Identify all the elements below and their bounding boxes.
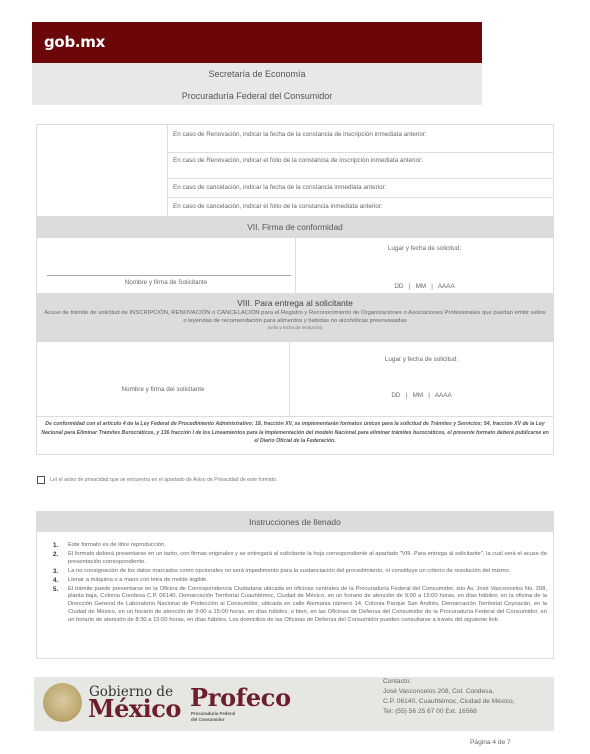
section-viii-note: (sello y fecha de recepción) [37,325,553,330]
renewal-folio-label: En caso de Renovación, indicar el folio … [173,157,423,164]
profeco-sub-line1: Procuraduría Federal [191,711,235,717]
section-viii-receipt: VIII. Para entrega al solicitante Acuse … [36,293,554,455]
instructions-list: 1.Este formato es de libre reproducción.… [53,542,547,626]
instruction-number: 1. [53,542,68,550]
signature-box[interactable]: Nombre y firma de Solicitante [37,238,296,294]
instruction-item: 4.Llenar a máquina o a mano con letra de… [53,577,547,585]
renewal-folio-row[interactable]: En caso de Renovación, indicar el folio … [168,153,553,179]
privacy-consent[interactable]: Leí el aviso de privacidad que se encuen… [37,474,277,486]
instruction-item: 5.El trámite puede presentarse en la Ofi… [53,586,547,626]
renewal-table: En caso de Renovación, indicar la fecha … [36,124,554,217]
instruction-text: Llenar a máquina o a mano con letra de m… [68,577,208,585]
gobmx-header: gob.mx [32,22,482,63]
instruction-number: 5. [53,586,68,626]
instruction-text: El trámite puede presentarse en la Ofici… [68,586,547,626]
place-date-label: Lugar y fecha de solicitud: [296,245,553,252]
mexico-seal-icon [43,683,82,722]
profeco-logo: Profeco [190,683,291,712]
instruction-number: 2. [53,551,68,567]
contact-address: José Vasconcelos 208, Col. Condesa, [383,687,514,697]
agency-secretaria: Secretaría de Economía [32,69,482,79]
instruction-item: 3.La no consignación de los datos marcad… [53,568,547,576]
renewal-date-label: En caso de Renovación, indicar la fecha … [173,131,427,138]
receipt-place-date-box[interactable]: Lugar y fecha de solicitud: DD | MM | AA… [290,342,553,416]
instruction-text: Este formato es de libre reproducción. [68,542,166,550]
profeco-subtitle: Procuraduría Federal del Consumidor [191,711,235,722]
place-date-box[interactable]: Lugar y fecha de solicitud: DD | MM | AA… [296,238,553,294]
receipt-signature-box[interactable]: Nombre y firma del solicitante [37,342,290,416]
instruction-text: El formato deberá presentarse en un tant… [68,551,547,567]
instructions-title: Instrucciones de llenado [37,512,553,532]
profeco-sub-line2: del Consumidor [191,717,235,723]
instruction-number: 4. [53,577,68,585]
receipt-place-date-label: Lugar y fecha de solicitud: [290,356,553,363]
section-viii-title: VIII. Para entrega al solicitante [37,294,553,308]
instruction-item: 1.Este formato es de libre reproducción. [53,542,547,550]
receipt-date-format: DD | MM | AAAA [290,392,553,399]
agency-header: Secretaría de Economía Procuraduría Fede… [32,63,482,105]
cancel-date-row[interactable]: En caso de cancelación, indicar la fecha… [168,179,553,198]
signature-label: Nombre y firma de Solicitante [37,279,295,286]
instructions-section: Instrucciones de llenado 1.Este formato … [36,511,554,659]
section-viii-header: VIII. Para entrega al solicitante Acuse … [37,294,553,342]
gobmx-logo[interactable]: gob.mx [44,33,105,51]
contact-city: C.P. 06140, Cuauhtémoc, Ciudad de México… [383,697,514,707]
cancel-folio-label: En caso de cancelación, indicar el folio… [173,203,383,210]
gobierno-logo-line2: México [88,694,181,723]
signature-line [47,275,291,276]
privacy-label: Leí el aviso de privacidad que se encuen… [50,477,277,483]
renewal-date-row[interactable]: En caso de Renovación, indicar la fecha … [168,125,553,153]
renewal-left-cell [37,125,168,216]
agency-profeco: Procuraduría Federal del Consumidor [32,91,482,101]
instruction-number: 3. [53,568,68,576]
footer-banner: Gobierno de México Profeco Procuraduría … [34,677,554,731]
contact-phone: Tel: (55) 56 25 67 00 Ext. 16568 [383,707,514,717]
contact-info: Contacto: José Vasconcelos 208, Col. Con… [383,677,514,717]
legal-notice: De conformidad con el artículo 4 de la L… [37,416,553,449]
instruction-item: 2.El formato deberá presentarse en un ta… [53,551,547,567]
section-vii-signature: VII. Firma de conformidad Nombre y firma… [36,217,554,295]
contact-title: Contacto: [383,677,514,687]
instruction-text: La no consignación de los datos marcados… [68,568,510,576]
date-format: DD | MM | AAAA [296,283,553,290]
cancel-folio-row[interactable]: En caso de cancelación, indicar el folio… [168,198,553,217]
section-vii-title: VII. Firma de conformidad [37,217,553,238]
page-number: Página 4 de 7 [470,739,511,746]
cancel-date-label: En caso de cancelación, indicar la fecha… [173,184,387,191]
receipt-signature-label: Nombre y firma del solicitante [37,386,289,393]
section-viii-description: Acuse de trámite de solicitud de INSCRIP… [37,308,553,325]
privacy-checkbox[interactable] [37,476,45,484]
